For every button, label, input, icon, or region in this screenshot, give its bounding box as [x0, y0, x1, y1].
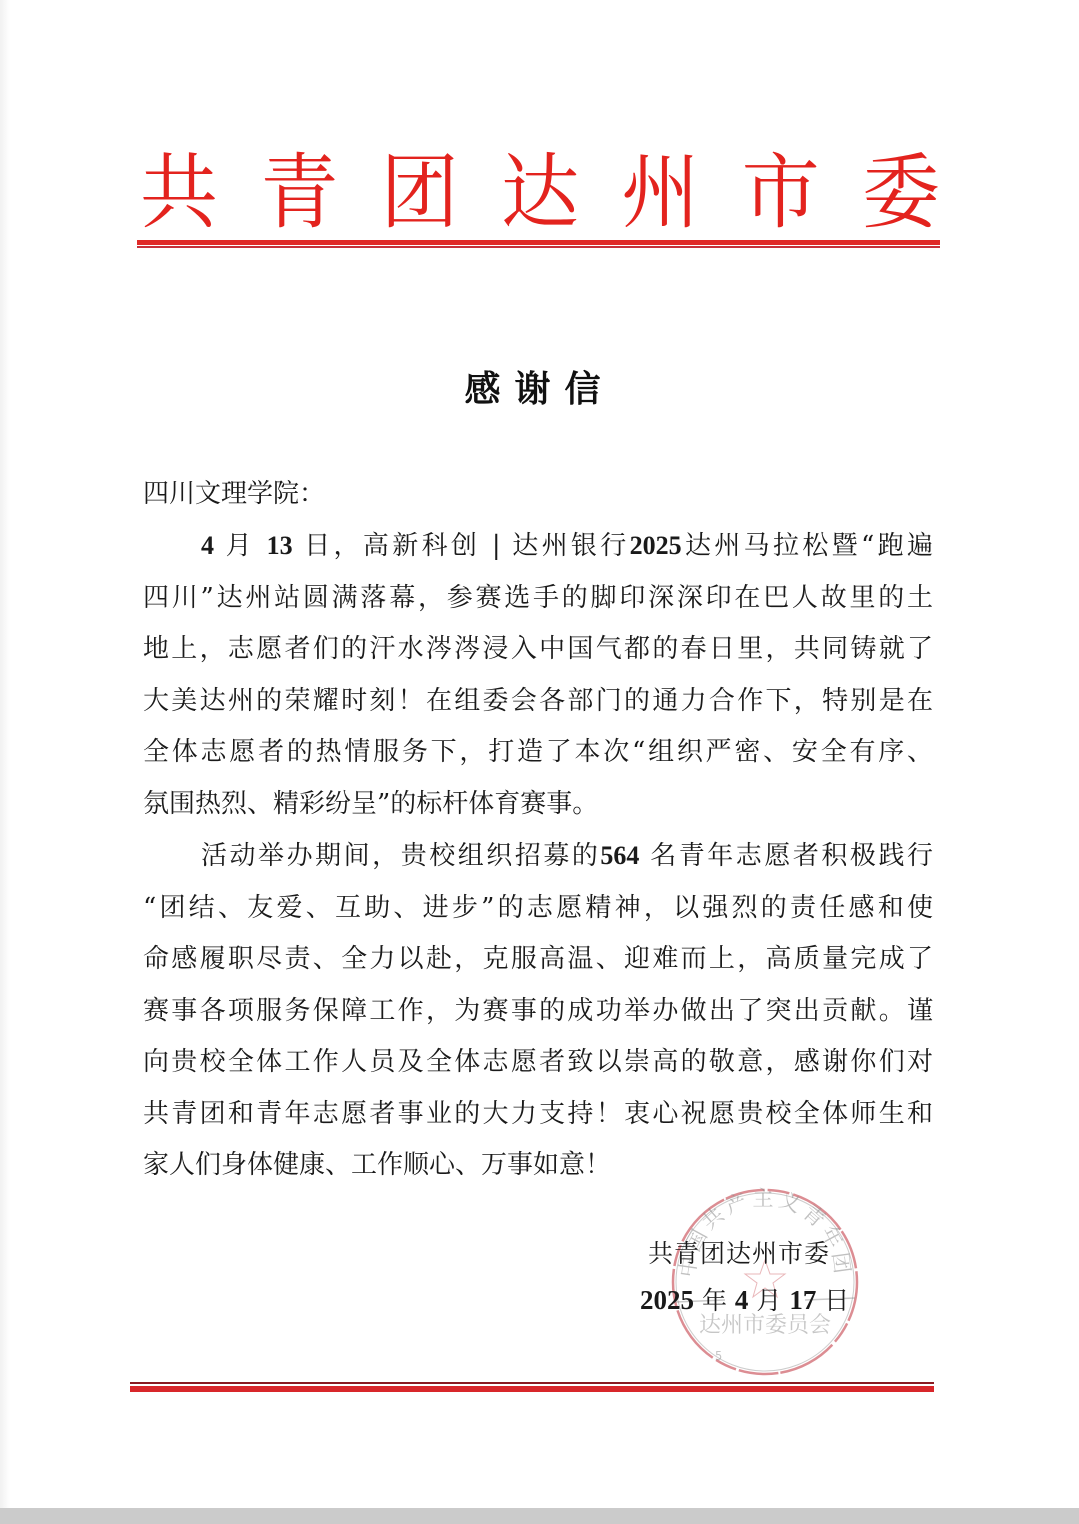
year-number: 2025: [630, 531, 682, 560]
masthead-char: 青: [260, 145, 338, 240]
masthead-char: 达: [501, 145, 579, 240]
date-day-unit: 日: [824, 1286, 849, 1315]
text-fragment: 达州马拉松暨“跑遍: [682, 531, 933, 561]
body-line: 赛事各项服务保障工作，为赛事的成功举办做出了突出贡献。谨: [143, 986, 933, 1038]
body-line: 四川”达州站圆满落幕，参赛选手的脚印深深印在巴人故里的土: [143, 573, 933, 625]
signature-date: 2025 年 4 月 17 日: [640, 1276, 880, 1325]
letter-page: 共 青 团 达 州 市 委 感谢信 四川文理学院： 4 月 13 日，高新科创 …: [0, 0, 1079, 1508]
date-day-number: 13: [267, 531, 293, 560]
text-fragment: 名青年志愿者积极践行: [650, 841, 933, 871]
masthead-char: 市: [742, 145, 820, 240]
paragraph-2: 活动举办期间，贵校组织招募的564 名青年志愿者积极践行 “团结、友爱、互助、进…: [143, 830, 933, 1192]
footer-red-rule: [130, 1382, 934, 1394]
svg-text:5: 5: [715, 1349, 722, 1363]
body-line: 共青团和青年志愿者事业的大力支持！衷心祝愿贵校全体师生和: [143, 1089, 933, 1141]
text-fragment: 日，高新科创 | 达州银行: [304, 531, 629, 561]
text-fragment: 活动举办期间，贵校组织招募的: [201, 841, 600, 871]
text-fragment: 月: [226, 531, 255, 561]
scan-edge-shadow: [0, 0, 10, 1508]
date-year: 2025: [640, 1285, 694, 1315]
salutation: 四川文理学院：: [143, 474, 325, 514]
body-line: 全体志愿者的热情服务下，打造了本次“组织严密、安全有序、: [143, 727, 933, 779]
body-line: 活动举办期间，贵校组织招募的564 名青年志愿者积极践行: [143, 830, 933, 883]
date-month-unit: 月: [756, 1286, 781, 1315]
body-line: 命感履职尽责、全力以赴，克服高温、迎难而上，高质量完成了: [143, 934, 933, 986]
masthead-char: 共: [140, 145, 218, 240]
body-line: 氛围热烈、精彩纷呈”的标杆体育赛事。: [143, 779, 933, 831]
date-day: 17: [789, 1285, 816, 1315]
body-line: “团结、友爱、互助、进步”的志愿精神，以强烈的责任感和使: [143, 883, 933, 935]
masthead-char: 委: [862, 145, 940, 240]
signature-organization: 共青团达州市委: [648, 1232, 880, 1276]
document-title: 感谢信: [0, 360, 1079, 420]
body-line: 地上，志愿者们的汗水涔涔浸入中国气都的春日里，共同铸就了: [143, 624, 933, 676]
letter-body: 4 月 13 日，高新科创 | 达州银行2025达州马拉松暨“跑遍 四川”达州站…: [143, 520, 933, 1192]
date-year-unit: 年: [702, 1286, 727, 1315]
date-month-number: 4: [201, 531, 214, 560]
rule-thick-line: [137, 240, 940, 245]
rule-thin-line: [130, 1382, 934, 1384]
masthead-char: 团: [381, 145, 459, 240]
viewer-bottom-bar: [0, 1508, 1079, 1524]
signature-block: 共青团达州市委 2025 年 4 月 17 日: [640, 1232, 880, 1325]
letterhead-masthead: 共 青 团 达 州 市 委: [140, 145, 940, 240]
body-line: 4 月 13 日，高新科创 | 达州银行2025达州马拉松暨“跑遍: [143, 520, 933, 573]
volunteer-count: 564: [600, 841, 639, 870]
letterhead-red-rule: [137, 240, 940, 248]
body-line: 大美达州的荣耀时刻！在组委会各部门的通力合作下，特别是在: [143, 676, 933, 728]
body-line: 向贵校全体工作人员及全体志愿者致以崇高的敬意，感谢你们对: [143, 1037, 933, 1089]
rule-thick-line: [130, 1386, 934, 1392]
rule-thin-line: [137, 246, 940, 248]
paragraph-1: 4 月 13 日，高新科创 | 达州银行2025达州马拉松暨“跑遍 四川”达州站…: [143, 520, 933, 830]
date-month: 4: [735, 1285, 749, 1315]
masthead-char: 州: [621, 145, 699, 240]
